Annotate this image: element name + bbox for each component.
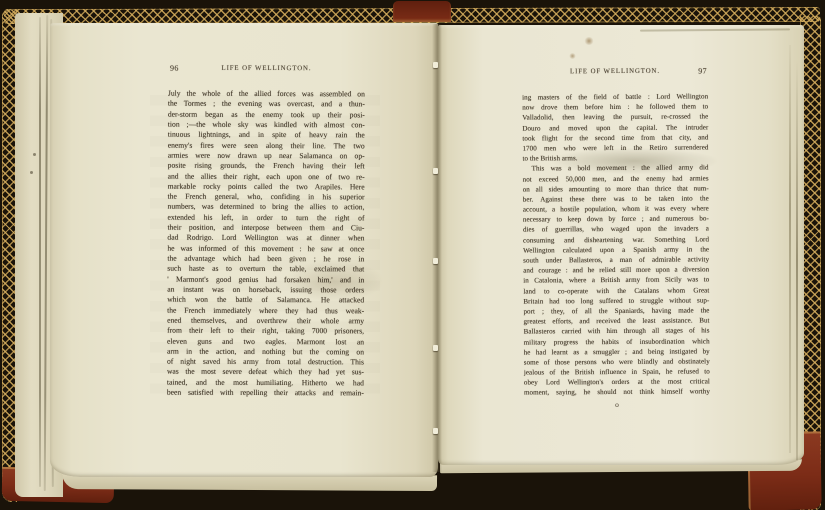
text-line: armies were now drawn up near Salamanca … xyxy=(168,151,365,162)
text-line: military progress the habits of insubord… xyxy=(524,336,710,347)
left-page-body: July the whole of the allied forces was … xyxy=(167,89,365,399)
text-line: dad Rodrigo. Lord Wellington was at dinn… xyxy=(167,233,364,244)
text-line: tained, and the most humiliating. Hither… xyxy=(167,377,364,388)
text-line: dies of guerrillas, who waged upon the i… xyxy=(523,224,709,235)
text-line: the French immediately where they had th… xyxy=(167,305,364,316)
text-line: eleven guns and two eagles. Marmont lost… xyxy=(167,336,364,347)
text-line: such haste as to overturn the table, exc… xyxy=(167,264,364,275)
photo-of-open-book: 96 LIFE OF WELLINGTON. July the whole of… xyxy=(0,0,825,510)
text-line: from their left to their right, taking 7… xyxy=(167,326,364,337)
page-edge-line xyxy=(44,15,48,491)
right-page-header: LIFE OF WELLINGTON. 97 xyxy=(522,66,708,80)
right-page-text: LIFE OF WELLINGTON. 97 ing masters of th… xyxy=(522,66,708,80)
text-line: and the allies their right, each upon on… xyxy=(168,171,365,182)
speck xyxy=(33,153,36,156)
text-line: tion ;—the whole sky was kindled with al… xyxy=(168,120,365,131)
text-line: he was informed of this movement : he sa… xyxy=(167,243,364,254)
text-line: their position, and interpose between th… xyxy=(167,223,364,234)
text-line: enemy's fires were seen along their line… xyxy=(168,140,365,151)
text-line: ened themselves, and overthrew their who… xyxy=(167,316,364,327)
right-running-title: LIFE OF WELLINGTON. xyxy=(522,67,708,75)
text-line: posite rising grounds, the French having… xyxy=(168,161,365,172)
text-line: been satisfied with repelling their atta… xyxy=(167,388,364,399)
text-line: not exceed 50,000 men, and the enemy had… xyxy=(523,173,709,184)
text-line: Valladolid, then leaving the pursuit, re… xyxy=(522,112,708,123)
page-edge-line xyxy=(796,60,798,460)
left-running-title: LIFE OF WELLINGTON. xyxy=(168,65,365,73)
right-page-number: 97 xyxy=(698,66,707,75)
text-line: der-storm began as the enemy took up the… xyxy=(168,109,365,120)
stitch-mark xyxy=(433,345,438,351)
text-line: ' Marmont's good genius had forsaken him… xyxy=(167,274,364,285)
stitch-mark xyxy=(433,62,438,68)
text-line: tinuous lightnings, and in spite of heav… xyxy=(168,130,365,141)
left-page-header: 96 LIFE OF WELLINGTON. xyxy=(168,64,365,78)
text-line: in Catalonia, where a British army from … xyxy=(523,275,709,286)
text-line: an instant was on horseback, issuing tho… xyxy=(167,285,364,296)
page-gutter xyxy=(432,24,442,472)
stitch-mark xyxy=(433,168,438,174)
text-line: July the whole of the allied forces was … xyxy=(168,89,365,100)
spine-headband xyxy=(393,1,451,22)
signature-mark: o xyxy=(524,399,710,409)
text-line: Ballasteros carried with him through all… xyxy=(524,326,710,337)
page-edge-line xyxy=(789,45,791,453)
page-edge-line xyxy=(39,17,41,487)
text-line: which won the battle of Salamanca. He at… xyxy=(167,295,364,306)
right-page-body: ing masters of the field of battle : Lor… xyxy=(522,91,710,398)
speck xyxy=(30,171,33,174)
text-line: This was a bold movement : the allied ar… xyxy=(523,163,709,174)
text-line: numbers, was determined to bring the all… xyxy=(168,202,365,213)
left-page-text: 96 LIFE OF WELLINGTON. July the whole of… xyxy=(168,64,365,78)
stitch-mark xyxy=(433,258,438,264)
text-line: moment, saying, he should not think hims… xyxy=(524,387,710,398)
text-line: markable rocky points called the two Ara… xyxy=(168,181,365,192)
text-line: 1700 men who were left in the Retiro sur… xyxy=(522,142,708,153)
text-line: of night saved his army from total destr… xyxy=(167,357,364,368)
text-line: extended his left, in order to turn the … xyxy=(167,212,364,223)
text-line: the French general, who, confiding in hi… xyxy=(168,192,365,203)
text-line: the Tormes ; the evening was overcast, a… xyxy=(168,99,365,110)
stitch-mark xyxy=(433,428,438,434)
text-line: arm in the action, and nothing but the c… xyxy=(167,346,364,357)
text-line: the advantage which had been given ; he … xyxy=(167,254,364,265)
text-line: was the most severe defeat which they ha… xyxy=(167,367,364,378)
